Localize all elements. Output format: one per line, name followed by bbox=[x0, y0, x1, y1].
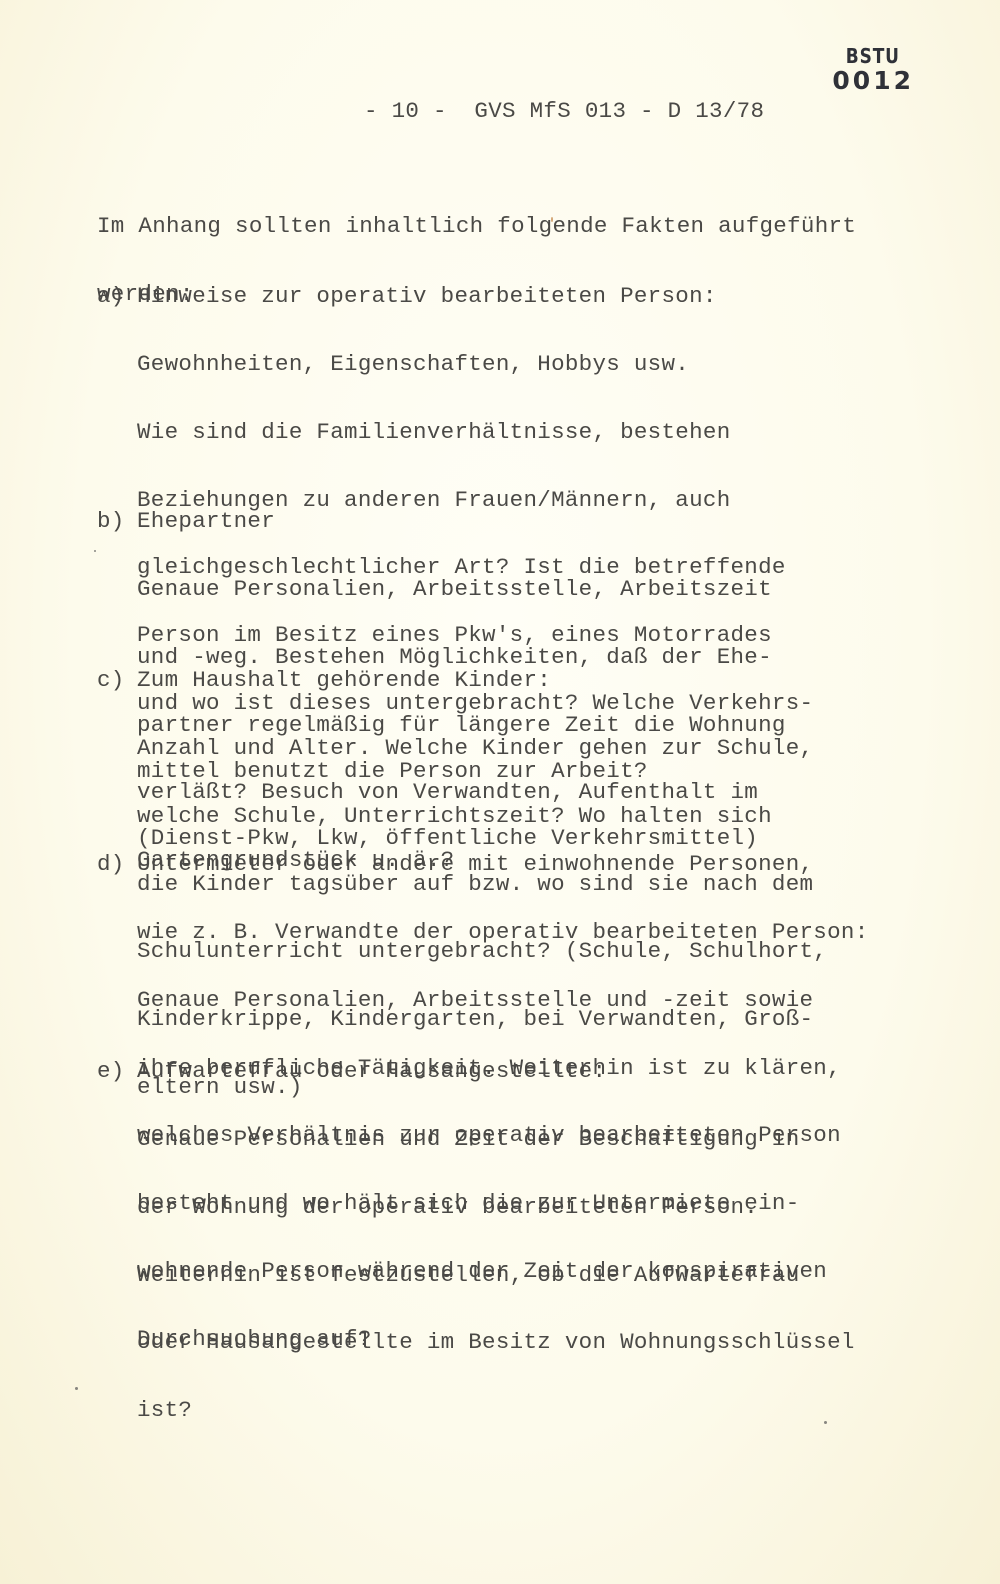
item-line: ist? bbox=[97, 1399, 855, 1422]
item-line: Genaue Personalien und Zeit der Beschäft… bbox=[97, 1128, 855, 1151]
archive-page-number: 0012 bbox=[832, 68, 914, 93]
item-line: oder Hausangestellte im Besitz von Wohnu… bbox=[97, 1331, 855, 1354]
archive-stamp: BSTU 0012 bbox=[832, 46, 914, 93]
paper-speck bbox=[824, 1421, 827, 1424]
item-line: Genaue Personalien, Arbeitsstelle und -z… bbox=[97, 989, 869, 1012]
item-line: Gewohnheiten, Eigenschaften, Hobbys usw. bbox=[97, 353, 813, 376]
item-line: Wie sind die Familienverhältnisse, beste… bbox=[97, 421, 813, 444]
item-marker: b) bbox=[97, 510, 137, 533]
archive-stamp-label: BSTU bbox=[839, 46, 908, 66]
item-heading: Zum Haushalt gehörende Kinder: bbox=[137, 667, 551, 693]
item-line: Anzahl und Alter. Welche Kinder gehen zu… bbox=[97, 737, 827, 760]
paper-speck bbox=[551, 217, 553, 222]
item-line: Genaue Personalien, Arbeitsstelle, Arbei… bbox=[97, 578, 786, 601]
item-heading: Aufwartefrau oder Hausangestellte: bbox=[137, 1058, 606, 1084]
item-heading: Hinweise zur operativ bearbeiteten Perso… bbox=[137, 283, 717, 309]
item-line: der Wohnung der operativ bearbeiteten Pe… bbox=[97, 1196, 855, 1219]
item-marker: a) bbox=[97, 285, 137, 308]
paper-speck bbox=[613, 1269, 615, 1271]
paper-speck bbox=[75, 1387, 78, 1390]
item-marker: d) bbox=[97, 853, 137, 876]
item-heading: Ehepartner bbox=[137, 508, 275, 534]
item-line: wie z. B. Verwandte der operativ bearbei… bbox=[97, 921, 869, 944]
item-marker: c) bbox=[97, 669, 137, 692]
item-marker: e) bbox=[97, 1060, 137, 1083]
paper-speck bbox=[94, 550, 96, 552]
list-item-e: e)Aufwartefrau oder Hausangestellte: Gen… bbox=[97, 1015, 855, 1467]
item-heading: Untermieter oder andere mit einwohnende … bbox=[137, 851, 813, 877]
document-page: BSTU 0012 - 10 - GVS MfS 013 - D 13/78 I… bbox=[0, 0, 1000, 1584]
item-line: Weiterhin ist festzustellen, ob die Aufw… bbox=[97, 1264, 855, 1287]
intro-line: Im Anhang sollten inhaltlich folgende Fa… bbox=[97, 215, 856, 238]
document-header: - 10 - GVS MfS 013 - D 13/78 bbox=[364, 100, 764, 123]
